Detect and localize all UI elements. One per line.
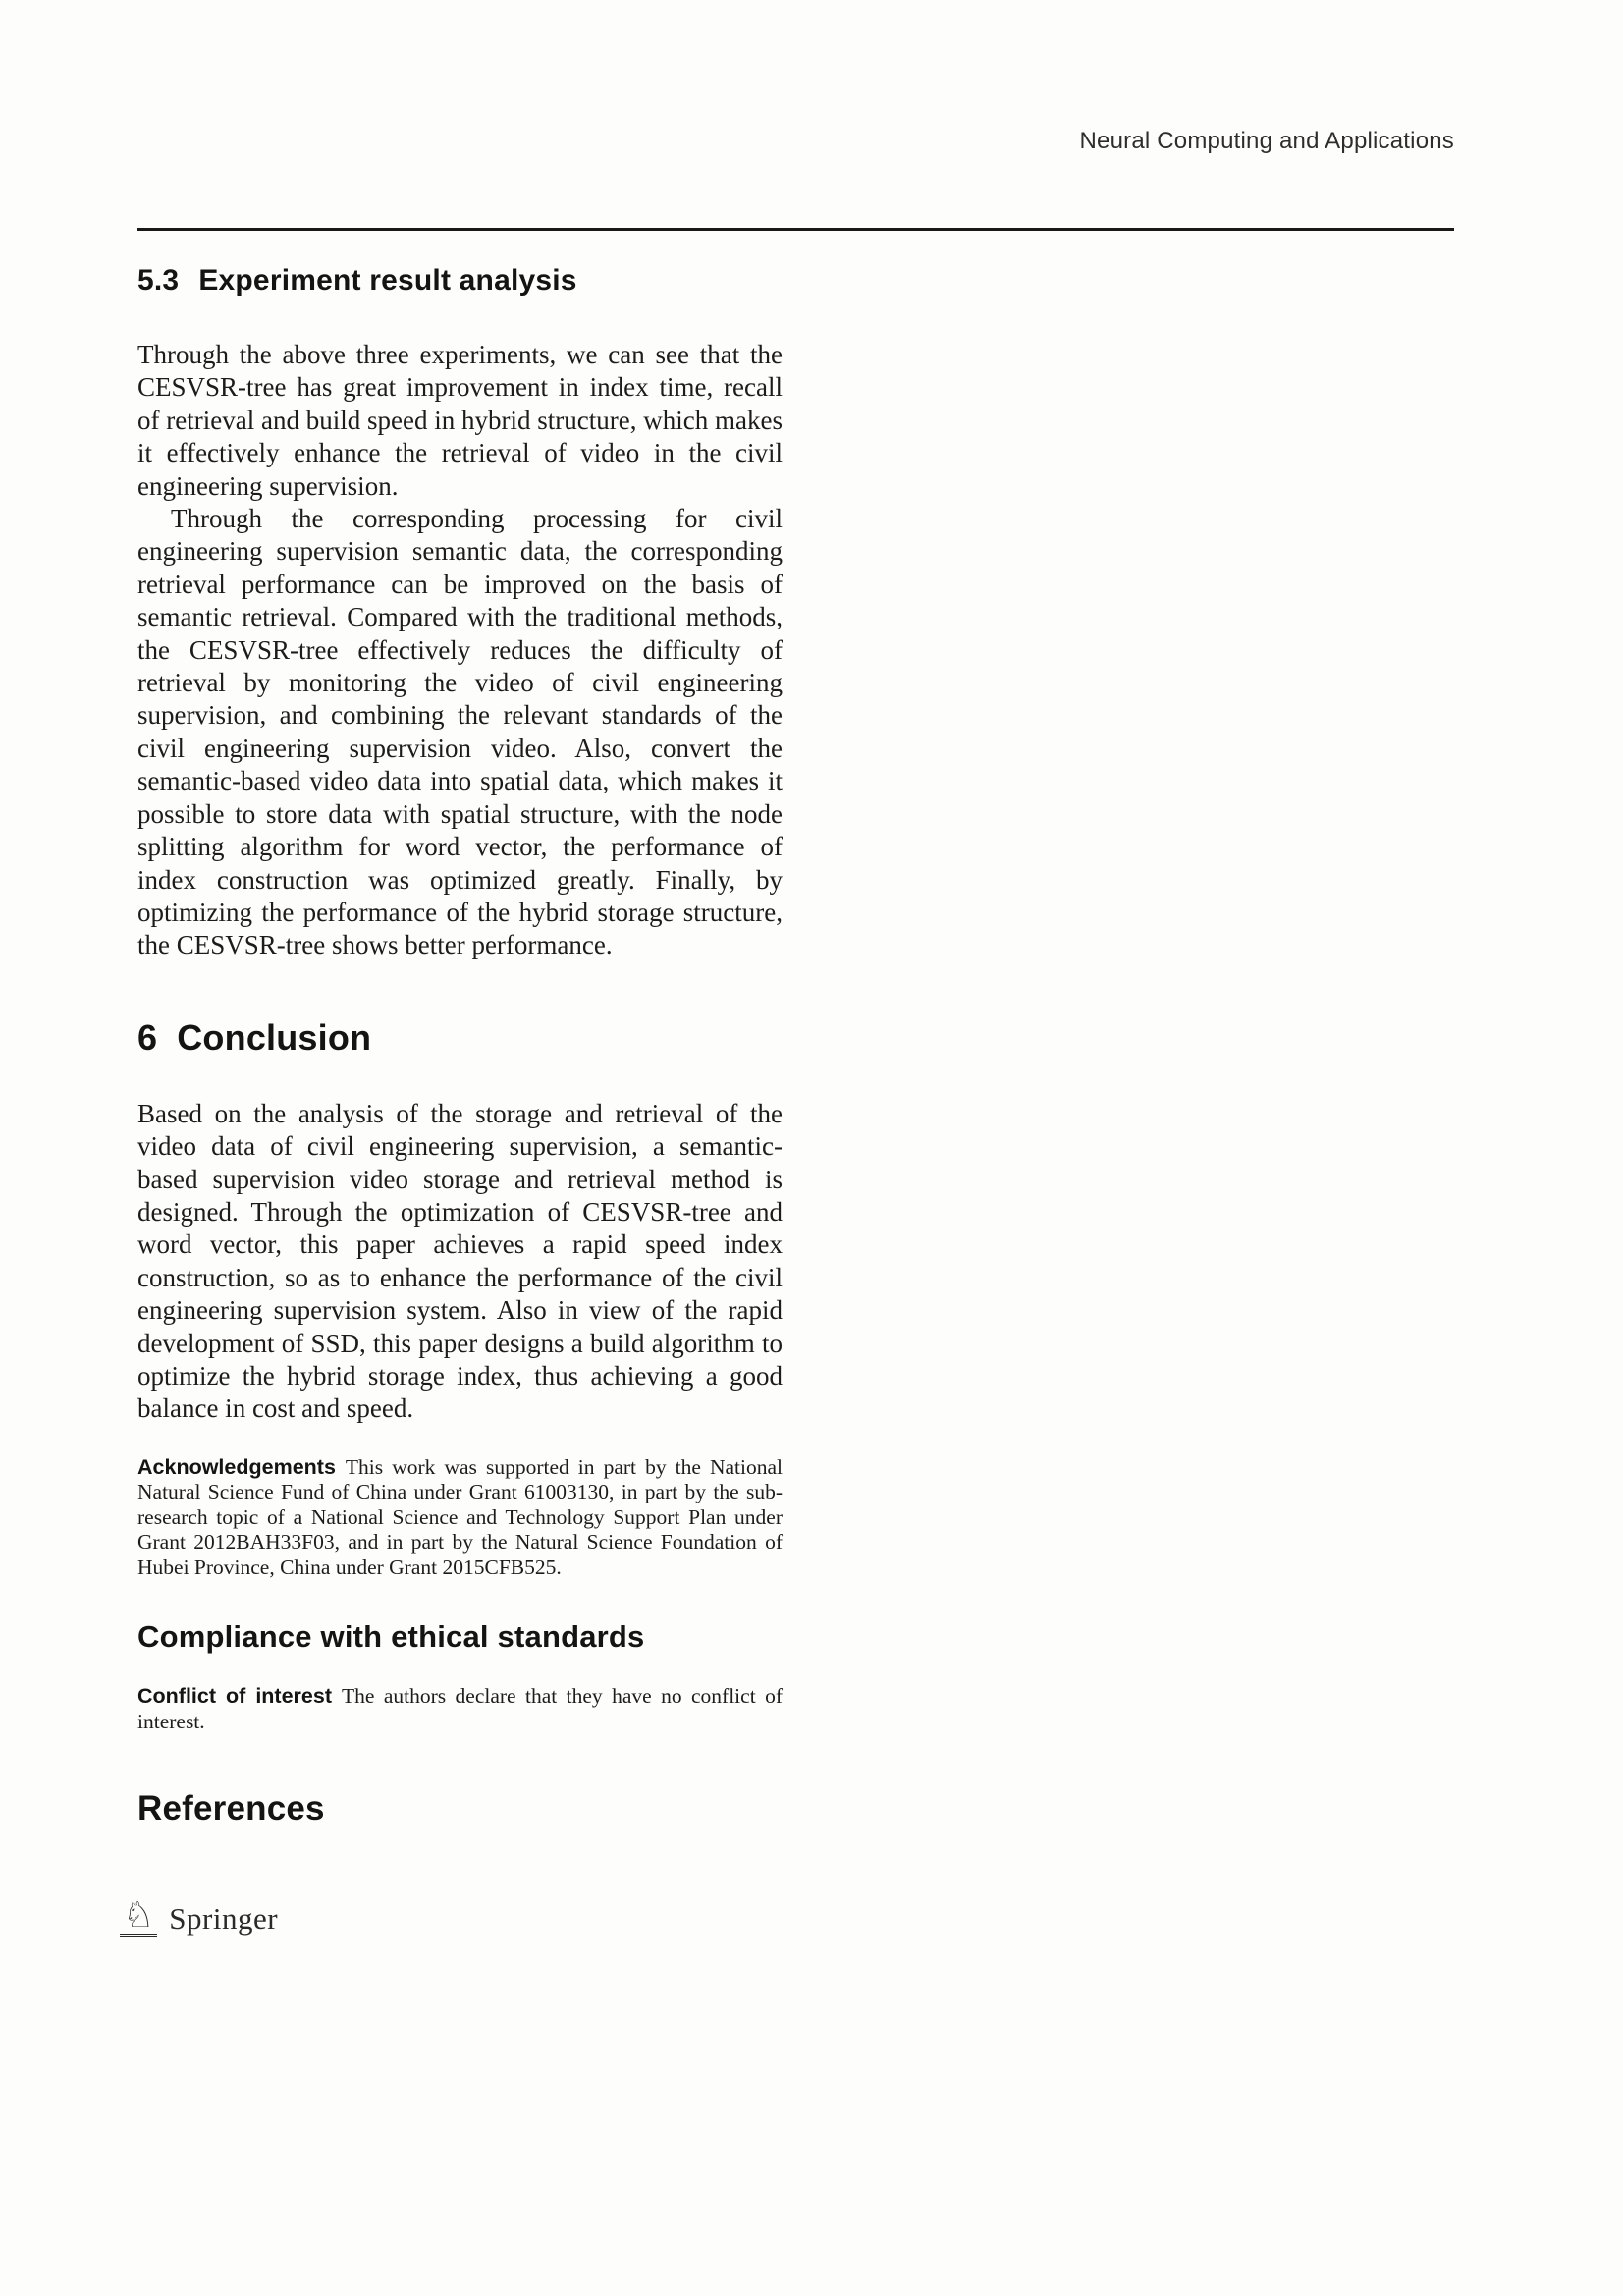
section-heading-experiment-result-analysis: 5.3Experiment result analysis — [137, 264, 783, 298]
left-column: 5.3Experiment result analysis Through th… — [137, 264, 783, 1937]
acknowledgements: AcknowledgementsThis work was supported … — [137, 1455, 783, 1581]
right-column — [808, 264, 1453, 1937]
page: Neural Computing and Applications 5.3Exp… — [0, 0, 1623, 2296]
references-list-right — [808, 264, 1453, 270]
springer-knight-logo-icon: ♘ — [120, 1897, 157, 1937]
running-head: Neural Computing and Applications — [137, 0, 1454, 155]
publisher-footer: ♘ Springer — [120, 1897, 783, 1937]
section-heading-conclusion: 6Conclusion — [137, 1017, 783, 1059]
section-heading-references: References — [137, 1789, 783, 1829]
conflict-of-interest: Conflict of interestThe authors declare … — [137, 1684, 783, 1734]
header-rule — [137, 228, 1454, 231]
two-column-layout: 5.3Experiment result analysis Through th… — [137, 264, 1454, 1937]
paragraph: Based on the analysis of the storage and… — [137, 1098, 783, 1426]
conflict-label: Conflict of interest — [137, 1684, 332, 1708]
section-title: Conclusion — [177, 1017, 371, 1058]
section-title: Experiment result analysis — [198, 264, 576, 297]
journal-title: Neural Computing and Applications — [1080, 128, 1455, 154]
section-number: 6 — [137, 1017, 157, 1058]
publisher-name: Springer — [169, 1901, 278, 1937]
paragraph: Through the above three experiments, we … — [137, 339, 783, 503]
acknowledgements-label: Acknowledgements — [137, 1455, 336, 1479]
section-number: 5.3 — [137, 264, 179, 297]
section-heading-compliance: Compliance with ethical standards — [137, 1619, 783, 1655]
page-content: Neural Computing and Applications 5.3Exp… — [137, 0, 1454, 1937]
paragraph: Through the corresponding processing for… — [137, 503, 783, 962]
